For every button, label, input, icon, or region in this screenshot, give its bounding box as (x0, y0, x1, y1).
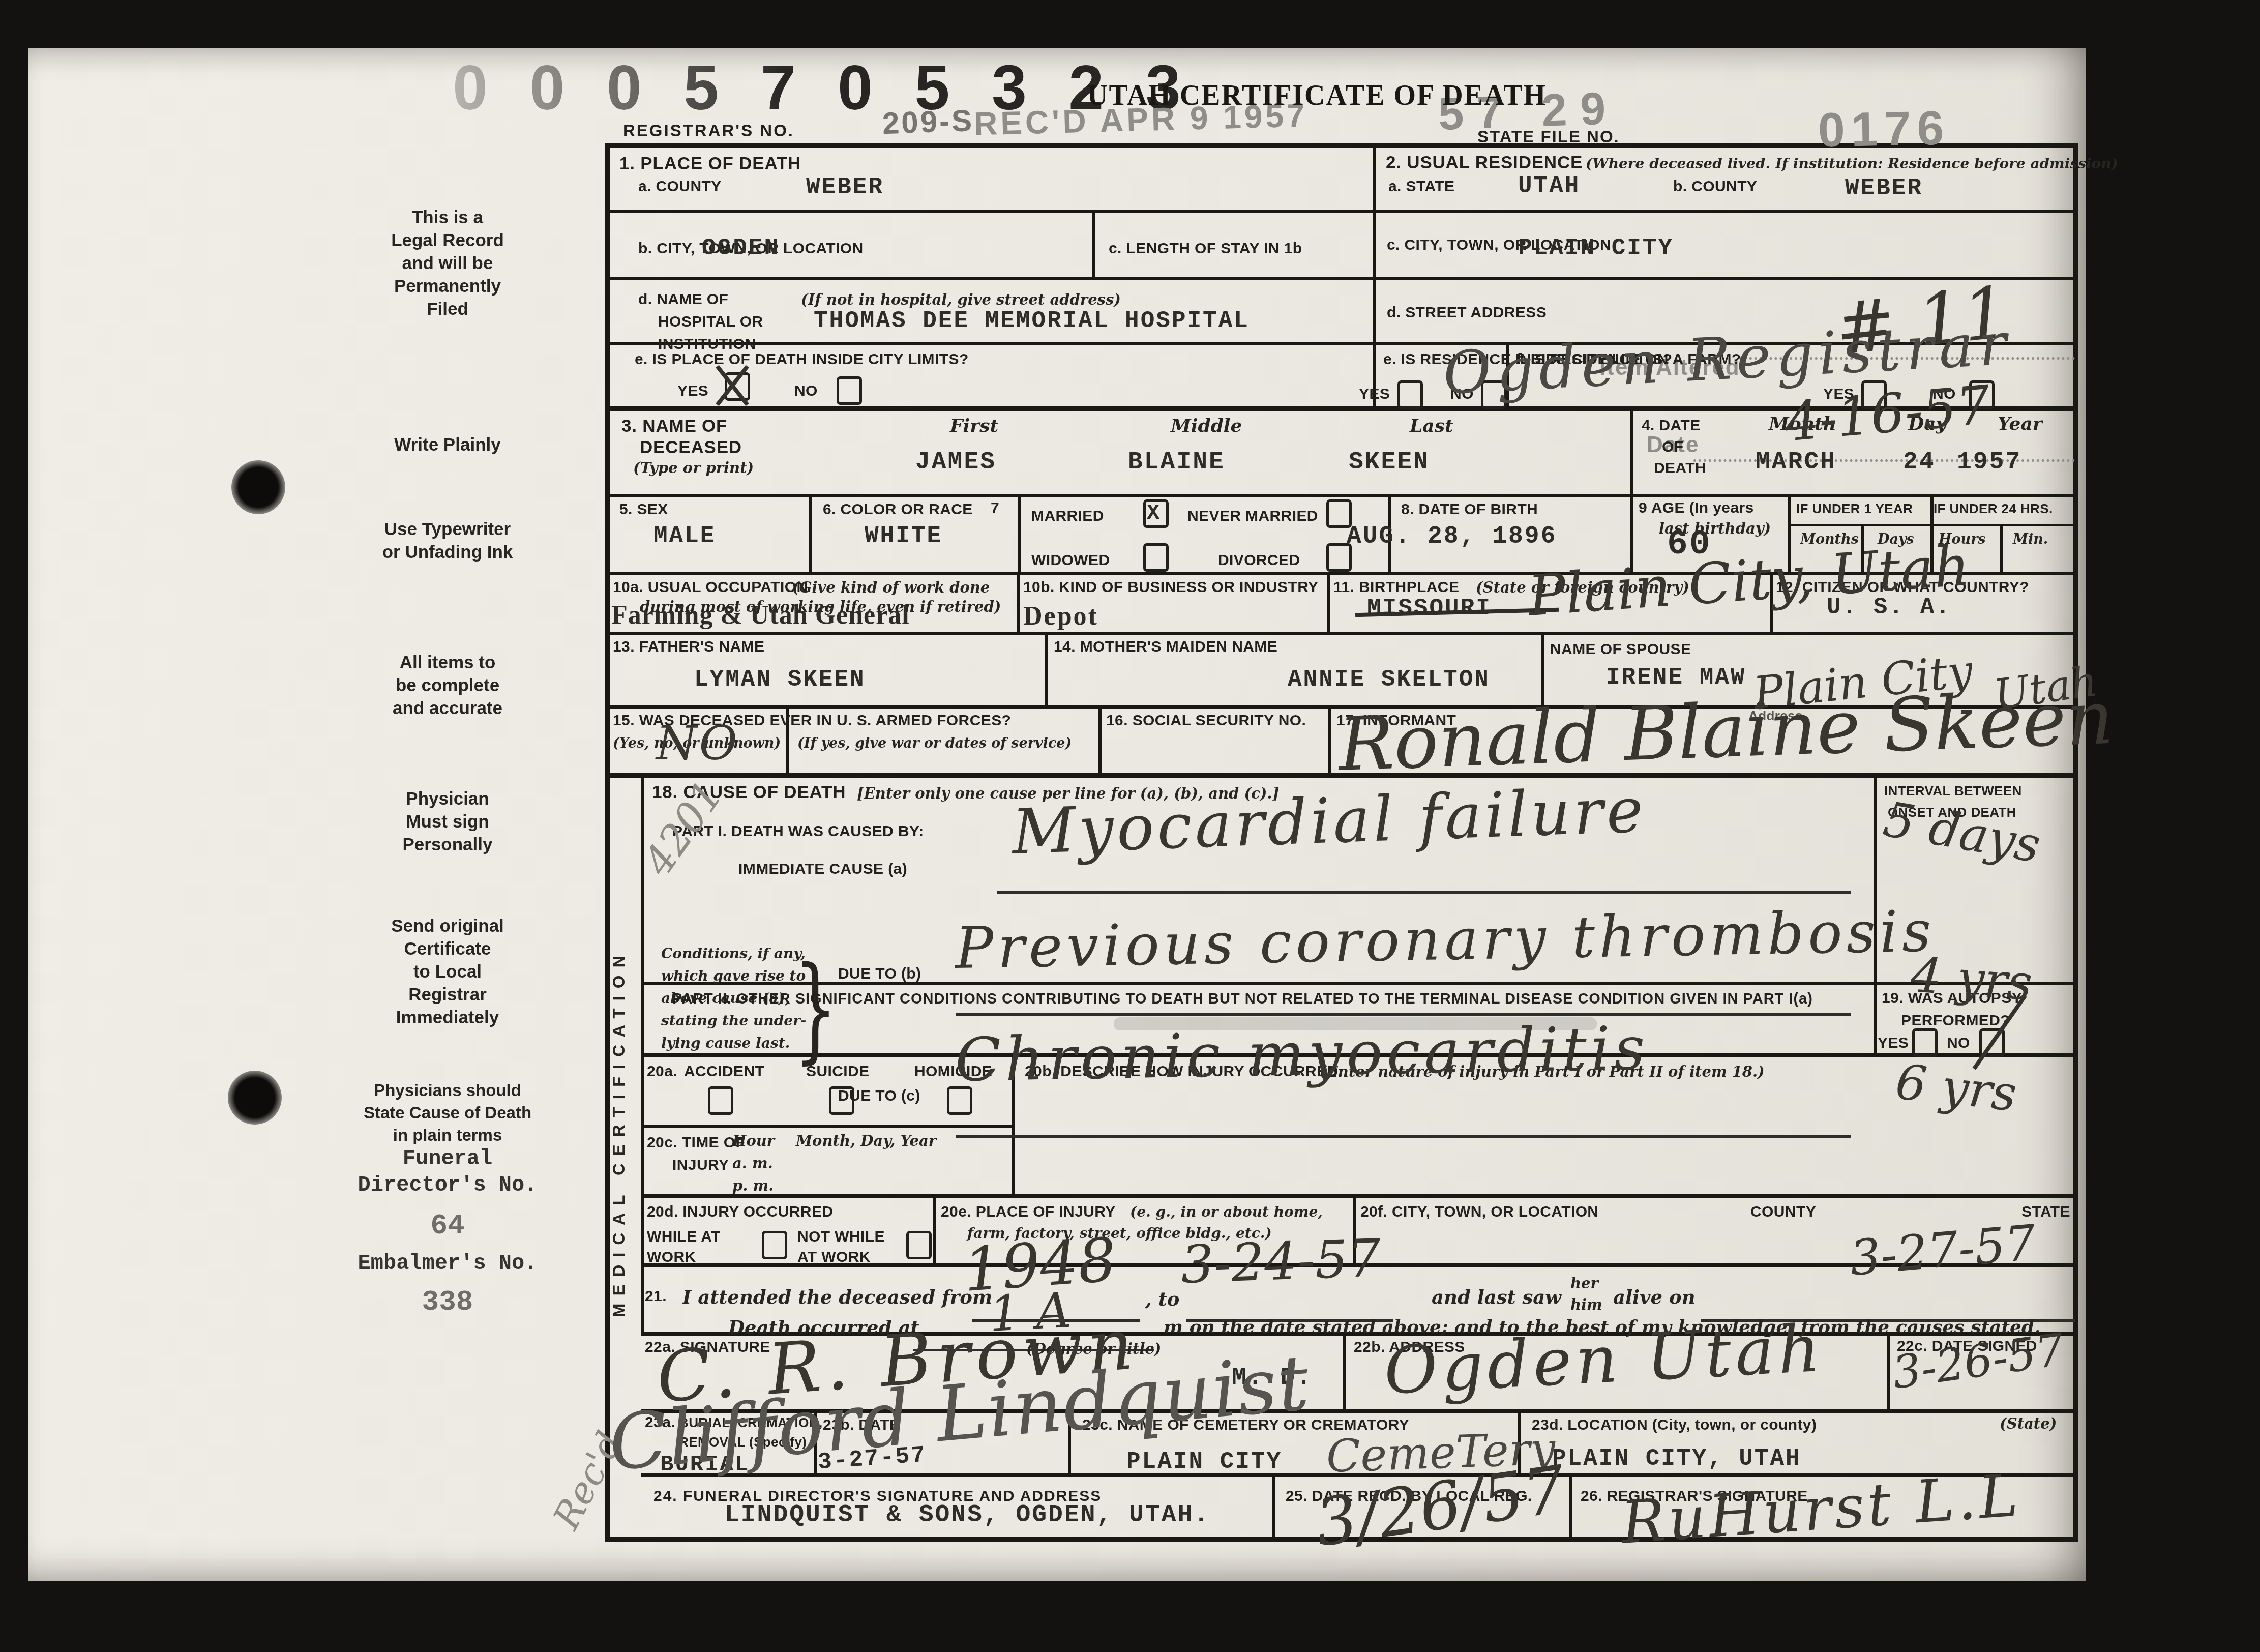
part2-label: PART II. OTHER SIGNIFICANT CONDITIONS CO… (672, 991, 1813, 1008)
place-of-injury-note-1: (e. g., in or about home, (1130, 1203, 1323, 1220)
last-name-label: Last (1410, 415, 1453, 436)
name-of-deceased-label-2: DECEASED (640, 437, 742, 458)
margin-legal-record-note: This is aLegal Record and will bePermane… (292, 206, 603, 320)
usual-residence-note: (Where deceased lived. If institution: R… (1586, 155, 2118, 172)
funeral-directors-no-value: 64 (292, 1209, 603, 1242)
armed-forces-value-handwritten: NO (656, 716, 739, 771)
business-industry-value: Depot (1023, 601, 1098, 631)
business-industry-label: 10b. KIND OF BUSINESS OR INDUSTRY (1023, 579, 1319, 596)
date-of-birth-label: 8. DATE OF BIRTH (1401, 501, 1538, 518)
medical-certification-vertical-label: MEDICAL CERTIFICATION (609, 793, 629, 1317)
date-of-death-label-3: DEATH (1654, 460, 1706, 477)
autopsy-yes-label: YES (1878, 1035, 1909, 1052)
cemetery-typed-value: PLAIN CITY (1126, 1449, 1282, 1475)
due-to-b-label: DUE TO (b) (838, 965, 921, 983)
age-label-1: 9 AGE (In years (1639, 499, 1754, 517)
residence-county-label: b. COUNTY (1673, 178, 1757, 195)
fathers-name-value: LYMAN SKEEN (694, 666, 866, 693)
rule (1630, 406, 1633, 574)
burial-location-label: 23d. LOCATION (City, town, or county) (1532, 1417, 1817, 1434)
attended-text-3: and last saw (1432, 1286, 1561, 1308)
funeral-director-typed: LINDQUIST & SONS, OGDEN, UTAH. (725, 1501, 1210, 1529)
if-under-24-hrs-label: IF UNDER 24 HRS. (1934, 501, 2053, 517)
injury-county-label: COUNTY (1750, 1203, 1816, 1221)
death-city-limits-label: e. IS PLACE OF DEATH INSIDE CITY LIMITS? (635, 351, 969, 368)
usual-residence-title: 2. USUAL RESIDENCE (1386, 153, 1583, 173)
funeral-directors-no-label: FuneralDirector's No. (292, 1145, 603, 1198)
sex-label: 5. SEX (619, 501, 668, 518)
injury-occurred-label: 20d. INJURY OCCURRED (647, 1203, 833, 1221)
residence-county-value: WEBER (1845, 175, 1923, 201)
month-day-year-label: Month, Day, Year (796, 1132, 936, 1149)
residence-state-value: UTAH (1518, 173, 1580, 199)
date-of-death-label-1: 4. DATE (1642, 417, 1701, 434)
armed-forces-note-2: (If yes, give war or dates of service) (797, 735, 1072, 751)
usual-occupation-label: 10a. USUAL OCCUPATION (613, 579, 808, 596)
registrars-no-value-stamp: 209-S (882, 103, 974, 141)
embalmers-no-value: 338 (292, 1286, 603, 1318)
registrars-no-label: REGISTRAR'S NO. (623, 121, 794, 140)
mothers-maiden-name-value: ANNIE SKELTON (1288, 666, 1490, 693)
autopsy-yes-checkbox (1912, 1028, 1938, 1057)
mothers-maiden-name-label: 14. MOTHER'S MAIDEN NAME (1054, 638, 1277, 656)
rule (605, 494, 2077, 497)
marital-box-number: 7 (991, 499, 999, 517)
burial-location-state-note: (State) (2000, 1415, 2057, 1432)
min-label: Min. (2013, 532, 2048, 547)
conditions-note-2: which gave rise to (661, 967, 806, 984)
interval-b-handwritten: 4 yrs (1909, 947, 2034, 1011)
burial-location-value: PLAIN CITY, UTAH (1552, 1445, 1801, 1472)
rule (605, 277, 2077, 280)
rule (1272, 1473, 1275, 1540)
attended-text-1: I attended the deceased from (682, 1286, 992, 1308)
name-of-deceased-label-1: 3. NAME OF (621, 416, 727, 436)
birthplace-struck-value: MISSOURI (1367, 595, 1492, 622)
rule (605, 632, 2077, 635)
divorced-label: DIVORCED (1218, 552, 1300, 569)
date-of-death-label-2: OF (1662, 438, 1683, 456)
rule (1098, 705, 1102, 776)
suicide-checkbox (829, 1086, 854, 1115)
hole-punch-bottom (228, 1071, 282, 1125)
if-under-1-year-label: IF UNDER 1 YEAR (1796, 501, 1913, 517)
death-limits-no-label: NO (794, 382, 818, 400)
not-while-label-1: NOT WHILE (797, 1228, 885, 1246)
residence-city-value: PLAIN CITY (1518, 235, 1674, 261)
scanned-death-certificate: 0 0 0 5 7 0 5 3 2 3 REGISTRAR'S NO. 209-… (0, 0, 2260, 1652)
state-file-stamp-b: 0176 (1818, 101, 1950, 159)
injury-city-label: 20f. CITY, TOWN, OR LOCATION (1360, 1203, 1598, 1221)
hole-punch-top (231, 460, 285, 514)
death-limits-yes-label: YES (677, 382, 708, 400)
rule (1092, 210, 1095, 280)
usual-occupation-note-1: (Give kind of work done (792, 579, 990, 596)
margin-typewriter-note: Use Typewriteror Unfading Ink (292, 518, 603, 564)
hospital-label-2: HOSPITAL OR (658, 313, 763, 331)
rule (605, 210, 2077, 213)
rule (641, 1125, 1012, 1128)
death-day-value: 24 (1903, 449, 1936, 476)
conditions-note-4: stating the under- (661, 1012, 806, 1029)
cause-a-line (997, 891, 1851, 894)
middle-name-label: Middle (1171, 415, 1242, 436)
state-file-no-label: STATE FILE NO. (1477, 127, 1620, 146)
length-of-stay-label: c. LENGTH OF STAY IN 1b (1109, 240, 1302, 257)
married-label: MARRIED (1031, 508, 1104, 525)
box-21-number: 21. (645, 1288, 667, 1305)
color-race-value: WHITE (865, 523, 942, 549)
rule (933, 1194, 936, 1266)
conditions-note-5: lying cause last. (661, 1035, 790, 1051)
time-of-injury-label-2: INJURY (672, 1157, 729, 1174)
name-of-spouse-label: NAME OF SPOUSE (1550, 641, 1691, 658)
hour-label: Hour (732, 1132, 775, 1149)
death-year-label: Year (1998, 413, 2042, 434)
fathers-name-label: 13. FATHER'S NAME (613, 638, 764, 656)
place-of-injury-label: 20e. PLACE OF INJURY (941, 1203, 1116, 1221)
last-name-value: SKEEN (1349, 449, 1430, 476)
rule (1343, 1332, 1346, 1412)
rule (1018, 494, 1021, 574)
conditions-note-1: Conditions, if any, (661, 945, 806, 962)
box-20a-number: 20a. (647, 1063, 677, 1080)
attended-to-handwritten: 3-24-57 (1180, 1228, 1382, 1295)
while-at-work-label-2: WORK (647, 1249, 696, 1266)
her-label: her (1570, 1275, 1598, 1292)
first-name-value: JAMES (915, 449, 996, 476)
never-married-label: NEVER MARRIED (1187, 508, 1318, 525)
margin-write-plainly-note: Write Plainly (292, 433, 603, 456)
first-name-label: First (950, 415, 998, 436)
embalmers-no-label: Embalmer's No. (292, 1251, 603, 1276)
date-of-birth-value: AUG. 28, 1896 (1347, 523, 1557, 550)
hospital-label-1: d. NAME OF (638, 291, 728, 308)
birthplace-label: 11. BIRTHPLACE (1333, 579, 1459, 596)
accident-checkbox (708, 1086, 733, 1115)
not-while-at-work-checkbox (906, 1231, 932, 1259)
rule (1569, 1473, 1572, 1540)
margin-physician-sign-note: PhysicianMust signPersonally (292, 787, 603, 856)
time-of-injury-label-1: 20c. TIME OF (647, 1134, 745, 1152)
residence-state-label: a. STATE (1388, 178, 1454, 195)
while-at-work-label-1: WHILE AT (647, 1228, 721, 1246)
attended-text-4: alive on (1613, 1286, 1696, 1308)
usual-occupation-value: Farming & Utah General (611, 600, 910, 630)
sex-value: MALE (653, 523, 716, 549)
death-limits-no-checkbox (837, 376, 862, 405)
rule (1328, 705, 1331, 776)
immediate-cause-label: IMMEDIATE CAUSE (a) (738, 861, 907, 878)
color-race-label: 6. COLOR OR RACE (823, 501, 973, 518)
street-address-label: d. STREET ADDRESS (1387, 304, 1547, 321)
margin-send-original-note: Send originalCertificateto Local Registr… (292, 914, 603, 1029)
hospital-label-3: INSTITUTION (658, 336, 756, 353)
accident-label: ACCIDENT (684, 1063, 764, 1080)
hospital-note: (If not in hospital, give street address… (801, 291, 1121, 308)
rule (2000, 524, 2003, 574)
rule (1373, 143, 1376, 409)
type-or-print-note: (Type or print) (633, 459, 754, 477)
rule (809, 494, 812, 574)
while-at-work-checkbox (762, 1231, 787, 1259)
rule (1327, 572, 1330, 634)
city-of-death-value: OGDEN (702, 235, 780, 261)
cause-c-line (956, 1135, 1851, 1138)
place-of-death-title: 1. PLACE OF DEATH (619, 154, 801, 174)
rule (641, 1194, 2077, 1198)
rule (1017, 572, 1020, 634)
death-year-value: 1957 (1957, 449, 2021, 476)
married-check-x: X (1147, 501, 1161, 525)
hospital-value: THOMAS DEE MEMORIAL HOSPITAL (814, 308, 1250, 334)
pm-label: p. m. (732, 1177, 774, 1194)
margin-all-items-note: All items tobe completeand accurate (292, 651, 603, 720)
him-label: him (1570, 1296, 1602, 1313)
cause-c-handwritten: Chronic myocarditis (955, 1013, 1650, 1095)
autopsy-no-label: NO (1947, 1035, 1970, 1052)
suicide-label: SUICIDE (806, 1063, 870, 1080)
rule (1045, 632, 1048, 708)
autopsy-label-2: PERFORMED? (1901, 1012, 2010, 1029)
county-of-death-label: a. COUNTY (638, 178, 722, 195)
rule (1887, 1332, 1890, 1412)
residence-limits-yes-checkbox (1397, 380, 1423, 409)
cause-b-line (956, 1013, 1851, 1016)
attended-text-2: , to (1145, 1288, 1180, 1310)
am-label: a. m. (732, 1155, 773, 1172)
county-of-death-value: WEBER (806, 174, 884, 200)
social-security-label: 16. SOCIAL SECURITY NO. (1106, 712, 1306, 729)
margin-plain-terms-note: Physicians shouldState Cause of Deathin … (292, 1079, 603, 1146)
widowed-checkbox (1143, 543, 1169, 572)
widowed-label: WIDOWED (1031, 552, 1110, 569)
residence-limits-yes-label: YES (1359, 386, 1390, 403)
name-of-spouse-value: IRENE MAW (1606, 664, 1746, 691)
not-while-label-2: AT WORK (797, 1249, 871, 1266)
form-title: UTAH CERTIFICATE OF DEATH (1087, 79, 1547, 112)
middle-name-value: BLAINE (1128, 449, 1225, 476)
conditions-brace: } (794, 942, 838, 1075)
